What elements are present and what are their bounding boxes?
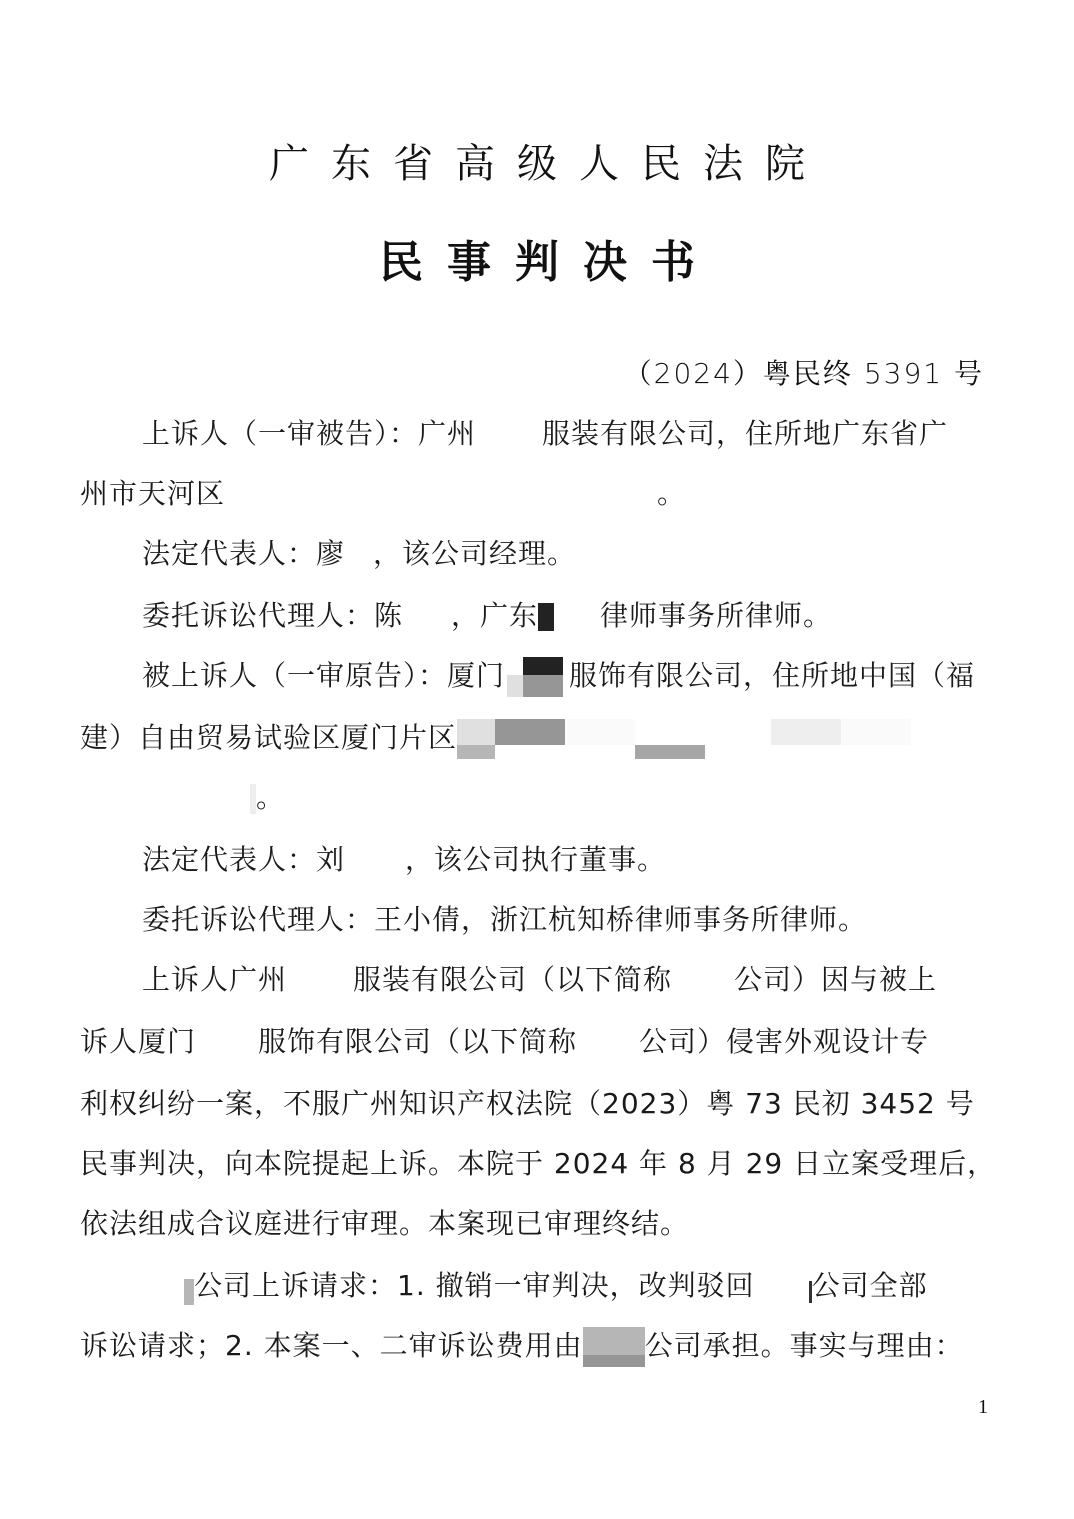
appellee-address-end-line: 。 xyxy=(250,778,1074,818)
para1-line3: 利权纠纷一案，不服广州知识产权法院（2023）粤 73 民初 3452 号 xyxy=(80,1084,990,1124)
para2-line2: 诉讼请求；2. 本案一、二审诉讼费用由公司承担。事实与理由： xyxy=(80,1326,990,1366)
para1-line1: 上诉人广州服装有限公司（以下简称公司）因与被上 xyxy=(142,960,1052,1000)
redaction-block xyxy=(184,1279,194,1305)
case-number: （2024）粤民终 5391 号 xyxy=(624,352,984,392)
redaction-block xyxy=(457,719,917,759)
text-span: 诉人厦门 xyxy=(80,1025,196,1058)
text-span: 公司）因与被上 xyxy=(734,963,937,996)
para1-line5: 依法组成合议庭进行审理。本案现已审理终结。 xyxy=(80,1204,990,1244)
address-end: 。 xyxy=(657,477,686,510)
legal-rep-name: 刘 xyxy=(316,843,345,876)
agent-label: 委托诉讼代理人： xyxy=(142,599,374,632)
para1-line4: 民事判决，向本院提起上诉。本院于 2024 年 8 月 29 日立案受理后， xyxy=(80,1144,990,1184)
appellee-name-prefix: 厦门 xyxy=(447,659,505,692)
appellee-line: 被上诉人（一审原告）：厦门服饰有限公司，住所地中国（福 xyxy=(142,656,1052,696)
legal-rep-label: 法定代表人： xyxy=(142,537,316,570)
appellant-agent-line: 委托诉讼代理人：陈，广东律师事务所律师。 xyxy=(142,596,1052,636)
court-name: 广东省高级人民法院 xyxy=(0,132,1074,189)
document-type-title: 民事判决书 xyxy=(0,226,1074,290)
legal-rep-title: ，该公司经理。 xyxy=(373,537,576,570)
appellant-legal-rep-line: 法定代表人：廖，该公司经理。 xyxy=(142,534,1052,574)
page-number: 1 xyxy=(978,1396,988,1419)
agent-label: 委托诉讼代理人： xyxy=(142,903,374,936)
appellee-address: 建）自由贸易试验区厦门片区 xyxy=(80,721,457,754)
agent-name: 陈 xyxy=(374,599,403,632)
address-end: 。 xyxy=(256,781,285,814)
redaction-block xyxy=(583,1327,645,1367)
text-span: 公司上诉请求：1. 撤销一审判决，改判驳回 xyxy=(194,1269,755,1302)
appellee-label: 被上诉人（一审原告）： xyxy=(142,659,447,692)
text-span: 上诉人广州 xyxy=(142,963,287,996)
legal-rep-title: ，该公司执行董事。 xyxy=(405,843,666,876)
agent-firm-prefix: ，广东 xyxy=(451,599,538,632)
agent-firm-suffix: 律师事务所律师。 xyxy=(600,599,832,632)
redaction-block xyxy=(538,603,554,631)
appellant-label: 上诉人（一审被告）： xyxy=(142,417,418,450)
para2-line1: 公司上诉请求：1. 撤销一审判决，改判驳回公司全部 xyxy=(184,1266,1074,1306)
appellee-legal-rep-line: 法定代表人：刘，该公司执行董事。 xyxy=(142,840,1052,880)
appellant-address: 州市天河区 xyxy=(80,477,225,510)
appellee-agent-line: 委托诉讼代理人：王小倩，浙江杭知桥律师事务所律师。 xyxy=(142,900,1052,940)
legal-rep-label: 法定代表人： xyxy=(142,843,316,876)
para1-line2: 诉人厦门服饰有限公司（以下简称公司）侵害外观设计专 xyxy=(80,1022,990,1062)
text-span: 服饰有限公司（以下简称 xyxy=(258,1025,577,1058)
appellant-address-line: 州市天河区。 xyxy=(80,474,990,514)
appellant-name-suffix: 服装有限公司，住所地广东省广 xyxy=(542,417,948,450)
text-span: 公司）侵害外观设计专 xyxy=(639,1025,929,1058)
appellant-name-prefix: 广州 xyxy=(418,417,476,450)
appellee-address-line: 建）自由贸易试验区厦门片区 xyxy=(80,718,990,758)
legal-rep-name: 廖 xyxy=(316,537,345,570)
appellant-line: 上诉人（一审被告）：广州服装有限公司，住所地广东省广 xyxy=(142,414,1052,454)
text-span: 公司承担。事实与理由： xyxy=(645,1329,964,1362)
text-span: 公司全部 xyxy=(812,1269,928,1302)
text-span: 服装有限公司（以下简称 xyxy=(353,963,672,996)
agent-text: 王小倩，浙江杭知桥律师事务所律师。 xyxy=(374,903,867,936)
redaction-block xyxy=(507,657,567,697)
text-span: 诉讼请求；2. 本案一、二审诉讼费用由 xyxy=(80,1329,583,1362)
appellee-name-suffix: 服饰有限公司，住所地中国（福 xyxy=(569,659,975,692)
